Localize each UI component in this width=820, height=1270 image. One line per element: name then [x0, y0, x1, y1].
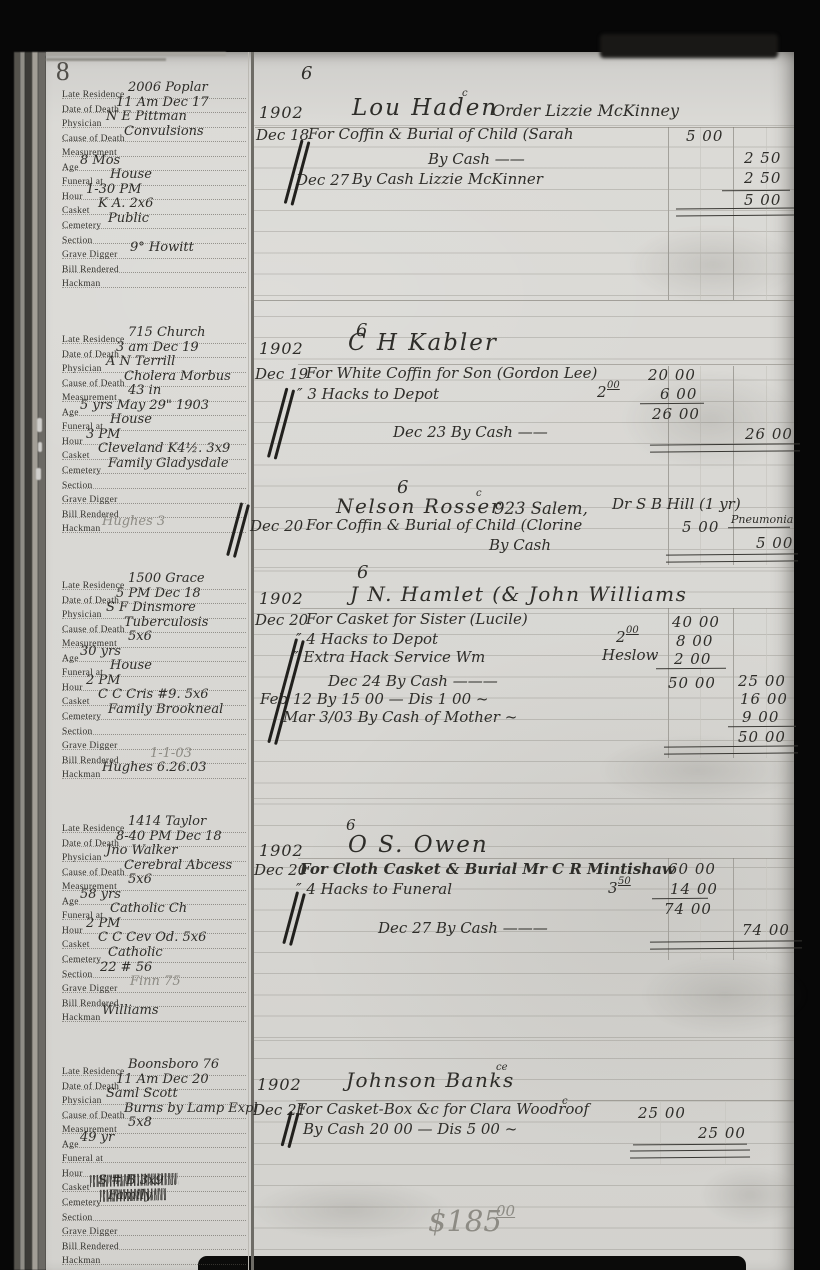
field-value-handwritten: 2 PM [86, 673, 120, 688]
amount-debit: 40 00 [672, 613, 720, 631]
amount-debit: 60 00 [668, 860, 716, 878]
fee-mark: 6 [357, 562, 368, 583]
page-total-value: $185 [428, 1204, 502, 1238]
name-superscript: ce [496, 1062, 508, 1073]
field-value-handwritten: 3 am Dec 19 [116, 340, 199, 355]
field-value-handwritten: 58 yrs [80, 887, 121, 902]
column-divider [251, 52, 254, 1270]
field-label: Hackman [62, 1256, 101, 1266]
field-value-handwritten: 8 Mos [80, 153, 120, 168]
field-label: Hackman [62, 524, 101, 534]
amount-credit: 74 00 [742, 921, 790, 939]
field-value-handwritten: 5 yrs May 29" 1903 [80, 398, 209, 413]
amount-credit: 16 00 [740, 690, 788, 708]
field-value-handwritten: Jno Walker [106, 843, 177, 858]
double-rule [676, 207, 794, 216]
field-value-handwritten: Family [108, 1188, 152, 1203]
field-value-handwritten: Family Gladysdale [108, 456, 229, 471]
field-value-handwritten: 11 Am Dec 20 [116, 1072, 209, 1087]
field-row: Bill Rendered [62, 259, 246, 274]
edge-mark [36, 468, 41, 480]
field-value-handwritten: 5x8 [128, 1115, 152, 1130]
scan-clip-bar [198, 1256, 746, 1270]
account-name: J N. Hamlet (& John Williams [350, 582, 687, 606]
bleedthrough-smudge [640, 955, 810, 1035]
amount-sum: 26 00 [652, 405, 700, 423]
field-value-handwritten: Cleveland K4½. 3x9 [98, 441, 230, 456]
name-superscript: c [462, 88, 468, 99]
rate: 3 [608, 879, 618, 897]
entry-desc: ″ 3 Hacks to Depot [297, 385, 439, 403]
field-value-handwritten: House [110, 167, 152, 182]
amount-credit: 25 00 [738, 672, 786, 690]
section-separator [251, 567, 794, 568]
field-value-handwritten: Convulsions [124, 124, 204, 139]
amount-total: 5 00 [744, 191, 781, 209]
field-value-handwritten: House [110, 412, 152, 427]
cause-note: Pneumonia [731, 513, 793, 526]
field-row: Funeral at [62, 1148, 246, 1163]
account-note: Order Lizzie McKinney [492, 101, 679, 120]
entry-date: Dec 19 [255, 365, 308, 383]
bleedthrough-smudge [250, 1180, 450, 1240]
double-rule [650, 443, 800, 452]
field-value-handwritten: 1-30 PM [86, 182, 141, 197]
amount-credit: 5 00 [756, 534, 793, 552]
entry-desc: By Cash Lizzie McKinner [352, 170, 543, 188]
amount-debit: 25 00 [638, 1104, 686, 1122]
entry-date: Dec 20 [250, 517, 303, 535]
field-value-handwritten: Saml Scott [106, 1086, 178, 1101]
field-value-handwritten: 2006 Poplar [128, 80, 208, 95]
entry-desc: For Casket for Sister (Lucile) [306, 610, 528, 628]
field-value-handwritten: 49 yr [80, 1130, 114, 1145]
entry-desc: By Cash [489, 536, 551, 554]
field-value-handwritten: 5 PM Dec 18 [116, 586, 201, 601]
amount-debit: 20 00 [648, 366, 696, 384]
entry-desc: By Cash —— [428, 150, 525, 168]
entry-desc: Mar 3/03 By Cash of Mother ~ [283, 708, 517, 726]
amount-credit: 2 50 [744, 169, 781, 187]
account-name: Johnson Banks [346, 1068, 515, 1092]
field-value-handwritten: Tuberculosis [124, 615, 208, 630]
amount-debit: 5 00 [686, 127, 723, 145]
amount-credit: 25 00 [698, 1124, 746, 1142]
field-value-handwritten: Hughes 3 [102, 514, 165, 529]
entry-desc: Dec 23 By Cash —— [393, 423, 548, 441]
book-edge-strip [38, 52, 46, 1270]
field-value-handwritten: N E Pittman [106, 109, 187, 124]
ledger-page-scan: 8 Late Residence2006 PoplarDate of Death… [0, 0, 820, 1270]
field-value-handwritten: 9° Howitt [130, 240, 194, 255]
field-value-handwritten: 5x6 [128, 872, 152, 887]
page-number: 8 [56, 56, 70, 87]
amount-credit: 2 50 [744, 149, 781, 167]
field-value-handwritten: C C Cev Od. 5x6 [98, 930, 206, 945]
field-value-handwritten: Williams [102, 1003, 159, 1018]
field-value-handwritten: Catholic Ch [110, 901, 187, 916]
field-value-handwritten: House [110, 658, 152, 673]
column-divider-highlight [248, 52, 249, 1270]
account-year: 1902 [259, 339, 304, 358]
amount-sum: 74 00 [664, 900, 712, 918]
field-value-handwritten: 3 PM [86, 427, 120, 442]
bleedthrough-smudge [700, 1165, 800, 1225]
field-row: Hackman [62, 273, 246, 288]
page-total-cents: 00 [496, 1202, 515, 1220]
field-value-handwritten: 43 in [128, 383, 161, 398]
field-value-handwritten: Public [108, 211, 149, 226]
page-corner-edge [46, 52, 226, 56]
field-row: Hackman [62, 1250, 246, 1265]
fee-mark: 6 [301, 63, 312, 84]
bleedthrough-smudge [620, 370, 800, 470]
field-label: Hackman [62, 279, 101, 289]
field-value-handwritten: Cerebral Abcess [124, 858, 232, 873]
entry-date: Dec 20 [255, 611, 308, 629]
amount-credit: 26 00 [745, 425, 793, 443]
entry-desc: For Coffin & Burial of Child (Clorine [306, 516, 582, 534]
field-row: Casket [62, 200, 246, 215]
header-rule [298, 858, 794, 859]
double-rule [664, 745, 798, 754]
rate: 2 [597, 383, 607, 401]
amount-credit: 9 00 [742, 708, 779, 726]
edge-mark [37, 418, 42, 432]
field-value-handwritten: 11 Am Dec 17 [116, 95, 209, 110]
field-value-handwritten: K A. 2x6 [98, 196, 153, 211]
field-value-handwritten: S F Dinsmore [106, 600, 196, 615]
field-value-handwritten: C C Cris #9. 5x6 [98, 687, 209, 702]
field-value-handwritten: Hughes 6.26.03 [102, 760, 207, 775]
entry-desc: ″ Extra Hack Service Wm [293, 648, 485, 666]
entry-desc: ″ 4 Hacks to Funeral [296, 880, 452, 898]
field-label: Hackman [62, 770, 101, 780]
scan-shadow [600, 34, 778, 58]
account-name: Lou Haden [352, 95, 498, 121]
field-row: Grave Digger [62, 489, 246, 504]
entry-desc: Dec 27 By Cash ——— [378, 919, 548, 937]
field-row: Bill Rendered [62, 1236, 246, 1251]
field-value-handwritten: Family Brookneal [108, 702, 223, 717]
account-name: C H Kabler [348, 330, 498, 356]
field-value-handwritten: 8-40 PM Dec 18 [116, 829, 222, 844]
account-year: 1902 [259, 103, 304, 122]
entry-desc: By Cash 20 00 — Dis 5 00 ~ [303, 1120, 517, 1138]
field-value-handwritten: Burns by Lamp Expl [124, 1101, 258, 1116]
field-value-handwritten: A N Terrill [106, 354, 175, 369]
amount-sum: 50 00 [668, 674, 716, 692]
double-rule [666, 553, 798, 562]
field-value-handwritten: 30 yrs [80, 644, 121, 659]
field-value-handwritten: Catholic [108, 945, 163, 960]
field-row: Section [62, 1207, 246, 1222]
field-row: Section [62, 475, 246, 490]
entry-desc: Feb 12 By 15 00 — Dis 1 00 ~ [260, 690, 488, 708]
field-value-handwritten: Finn 75 [130, 974, 181, 989]
rate: 2 [616, 628, 626, 646]
double-rule [630, 1149, 750, 1158]
entry-desc: For White Coffin for Son (Gordon Lee) [306, 364, 597, 382]
field-value-handwritten: S # B 3x9 [98, 1173, 164, 1188]
double-rule [650, 940, 802, 949]
entry-desc: Dec 24 By Cash ——— [328, 672, 498, 690]
rate-cents: 50 [618, 876, 631, 887]
edge-mark [38, 442, 42, 452]
header-rule [300, 608, 794, 609]
rate-cents: 00 [607, 380, 620, 391]
section-separator [251, 1040, 794, 1041]
field-value-handwritten: 715 Church [128, 325, 206, 340]
name-superscript: c [476, 488, 482, 499]
book-edge-strip [25, 52, 32, 1270]
field-value-handwritten: Boonsboro 76 [128, 1057, 219, 1072]
amount-total: 50 00 [738, 728, 786, 746]
field-value-handwritten: Cholera Morbus [124, 369, 231, 384]
account-year: 1902 [257, 1075, 302, 1094]
field-row: Grave Digger [62, 1221, 246, 1236]
amount-debit: 2 00 [674, 650, 711, 668]
field-row: Cemetery [62, 215, 246, 230]
field-value-handwritten: 1414 Taylor [128, 814, 206, 829]
field-value-handwritten: 1-1-03 [150, 746, 192, 761]
entry-desc: For Casket-Box &c for Clara Woodroof [296, 1100, 589, 1118]
amount-debit: 8 00 [676, 632, 713, 650]
field-value-handwritten: 5x6 [128, 629, 152, 644]
account-name: O S. Owen [348, 832, 489, 858]
entry-desc: ″ 4 Hacks to Depot [296, 630, 438, 648]
account-year: 1902 [259, 841, 304, 860]
account-physician: Dr S B Hill (1 yr) [612, 495, 741, 513]
account-year: 1902 [259, 589, 304, 608]
field-value-handwritten: 22 # 56 [100, 960, 152, 975]
field-value-handwritten: 1500 Grace [128, 571, 205, 586]
field-label: Hackman [62, 1013, 101, 1023]
amount-debit: 6 00 [660, 385, 697, 403]
entry-desc: For Coffin & Burial of Child (Sarah [308, 125, 574, 143]
desc-superscript: c [562, 1096, 568, 1107]
field-value-handwritten: 2 PM [86, 916, 120, 931]
amount-debit: 5 00 [682, 518, 719, 536]
rate-cents: 00 [626, 625, 639, 636]
amount-debit: 14 00 [670, 880, 718, 898]
entry-extra: Heslow [602, 646, 658, 664]
bleedthrough-smudge [628, 225, 798, 305]
field-row: Section [62, 721, 246, 736]
